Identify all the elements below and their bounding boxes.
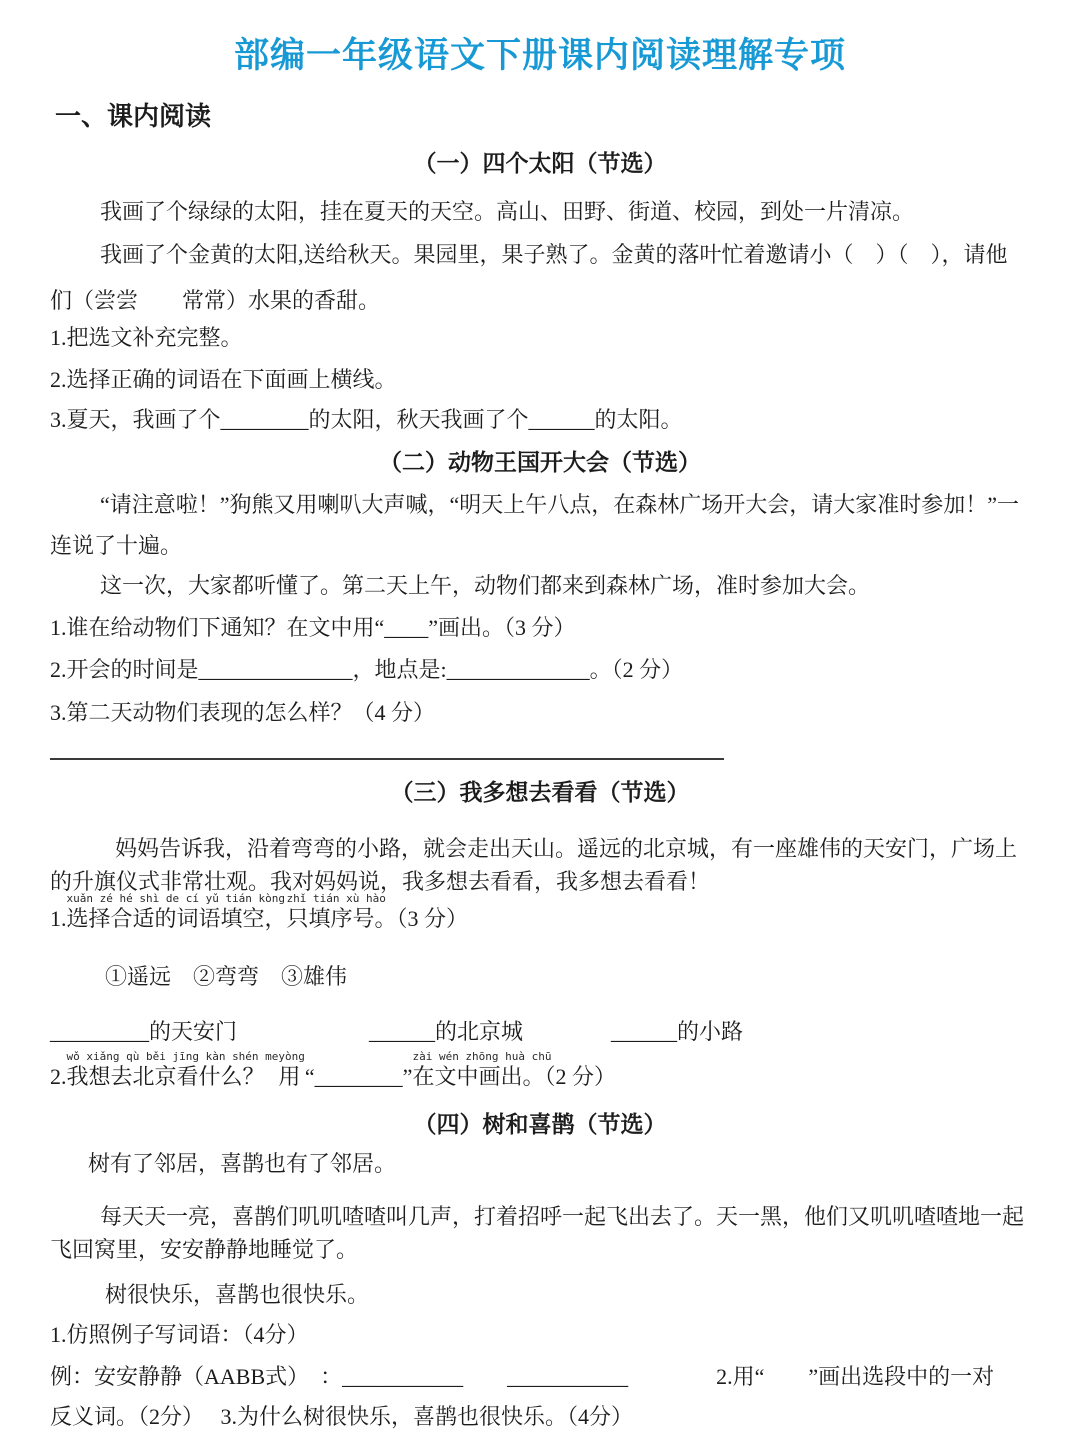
section-4-paragraph-2-line-1: 每天天一亮，喜鹊们叽叽喳喳叫几声，打着招呼一起飞出去了。天一黑，他们又叽叽喳喳地…	[100, 1203, 1024, 1231]
section-3-word-options: ①遥远 ②弯弯 ③雄伟	[105, 963, 347, 991]
worksheet-page: 部编一年级语文下册课内阅读理解专项 一、课内阅读 （一）四个太阳（节选） 我画了…	[0, 0, 1080, 1429]
question-number: 2.	[50, 1063, 67, 1091]
section-2-heading: （二）动物王国开大会（节选）	[0, 449, 1080, 477]
section-1-paragraph-2: 我画了个金黄的太阳,送给秋天。果园里，果子熟了。金黄的落叶忙着邀请小（ ）（ ）…	[100, 241, 1008, 269]
section-2-question-1: 1.谁在给动物们下通知？在文中用“____”画出。（3 分）	[50, 614, 576, 642]
section-4-question-1: 1.仿照例子写词语：（4分）	[50, 1321, 309, 1349]
answer-blank-line	[50, 740, 724, 760]
page-title: 部编一年级语文下册课内阅读理解专项	[0, 42, 1080, 70]
section-3-question-2: 2.wǒ xiǎng qù běi jīng kàn shén me我想去北京看…	[50, 1050, 616, 1091]
section-1-question-2: 2.选择正确的词语在下面画上横线。	[50, 366, 397, 394]
pinyin-annotation: zài wén zhōng huà chū	[412, 1050, 616, 1063]
section-4-paragraph-3: 树很快乐，喜鹊也很快乐。	[105, 1281, 369, 1309]
section-4-paragraph-1: 树有了邻居，喜鹊也有了邻居。	[88, 1150, 396, 1178]
section-2-question-3: 3.第二天动物们表现的怎么样？（4 分）	[50, 699, 435, 727]
section-3-heading: （三）我多想去看看（节选）	[0, 779, 1080, 807]
quoted-blank: “________”	[305, 1063, 413, 1091]
question-number: 1.	[50, 905, 67, 933]
section-2-question-2: 2.开会的时间是______________，地点是:_____________…	[50, 656, 683, 684]
pinyin-group: xuǎn zé hé shì de cí yǔ tián kòng选择合适的词语…	[67, 892, 287, 933]
section-4-heading: （四）树和喜鹊（节选）	[0, 1111, 1080, 1139]
section-3-question-1: 1.xuǎn zé hé shì de cí yǔ tián kòng选择合适的…	[50, 892, 468, 933]
section-2-paragraph-2: 这一次，大家都听懂了。第二天上午，动物们都来到森林广场，准时参加大会。	[100, 572, 870, 600]
pinyin-annotation: wǒ xiǎng qù běi jīng kàn shén me	[67, 1050, 279, 1063]
pinyin-annotation: yòng	[278, 1050, 305, 1063]
section-2-paragraph-1: “请注意啦！”狗熊又用喇叭大声喊，“明天上午八点，在森林广场开大会，请大家准时参…	[100, 491, 1019, 519]
section-4-paragraph-2-line-2: 飞回窝里，安安静静地睡觉了。	[50, 1236, 358, 1264]
pinyin-group: zhǐ tián xù hào只填序号。（3 分）	[287, 892, 469, 933]
section-1-question-1: 1.把选文补充完整。	[50, 324, 243, 352]
section-3-paragraph-line-1: 妈妈告诉我，沿着弯弯的小路，就会走出天山。遥远的北京城，有一座雄伟的天安门，广场…	[115, 836, 1017, 862]
section-4-example-and-question-2: 例：安安静静（AABB式） ：___________ ___________ 2…	[50, 1363, 994, 1391]
section-1-question-3: 3.夏天，我画了个________的太阳，秋天我画了个______的太阳。	[50, 406, 683, 434]
pinyin-group: wǒ xiǎng qù běi jīng kàn shén me我想去北京看什么…	[67, 1050, 279, 1091]
section-4-question-2-cont-and-3: 反义词。（2分） 3.为什么树很快乐，喜鹊也很快乐。（4分）	[50, 1403, 633, 1429]
section-2-paragraph-1-cont: 连说了十遍。	[50, 532, 182, 560]
section-1-heading: （一）四个太阳（节选）	[0, 150, 1080, 178]
pinyin-annotation: xuǎn zé hé shì de cí yǔ tián kòng	[67, 892, 287, 905]
section-3-fill-blanks: _________的天安门 ______的北京城 ______的小路	[50, 1018, 743, 1046]
section-1-paragraph-2-cont: 们（尝尝 常常）水果的香甜。	[50, 287, 380, 315]
pinyin-annotation: zhǐ tián xù hào	[287, 892, 469, 905]
section-1-paragraph-1: 我画了个绿绿的太阳，挂在夏天的天空。高山、田野、街道、校园，到处一片清凉。	[100, 198, 914, 226]
pinyin-group: yòng用	[278, 1050, 305, 1091]
pinyin-group: zài wén zhōng huà chū在文中画出。（2 分）	[412, 1050, 616, 1091]
main-heading: 一、课内阅读	[55, 103, 211, 131]
